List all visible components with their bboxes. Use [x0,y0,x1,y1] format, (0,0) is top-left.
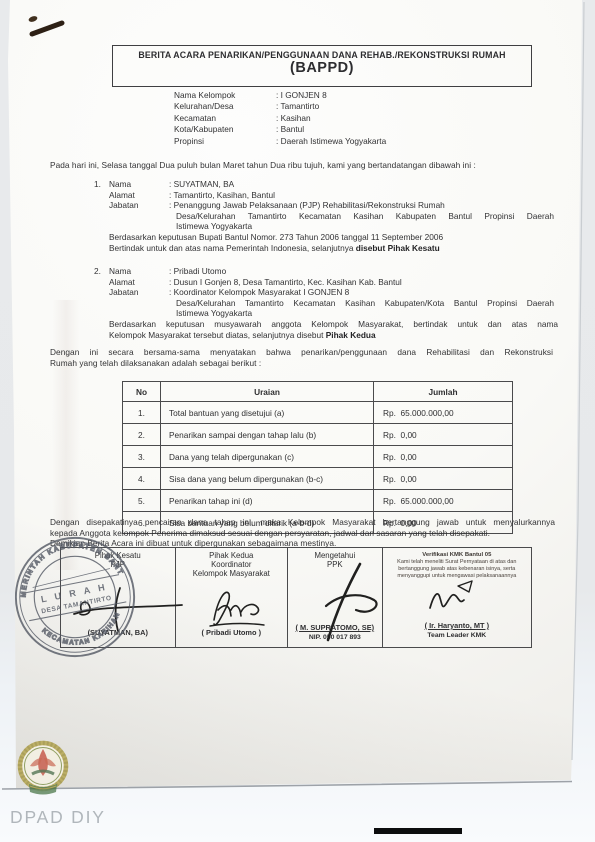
signature-header: Mengetahui [288,551,382,560]
cell-jumlah: Rp. 0,00 [374,468,513,490]
info-label: Kota/Kabupaten [174,124,276,135]
cell-uraian: Total bantuan yang disetujui (a) [161,402,374,424]
paper-sheet: BERITA ACARA PENARIKAN/PENGGUNAAN DANA R… [6,0,582,790]
field-label: Alamat [109,277,169,288]
scanned-page: BERITA ACARA PENARIKAN/PENGGUNAAN DANA R… [0,0,595,842]
title-box: BERITA ACARA PENARIKAN/PENGGUNAAN DANA R… [112,45,532,87]
signature-header: Koordinator [176,560,288,569]
party2-number: 2. [94,266,101,277]
field-label: Jabatan [109,287,169,298]
signature-header: Pihak Kedua [176,551,288,560]
yogyakarta-emblem-watermark [16,736,70,800]
field-label: Jabatan [109,200,169,211]
supratomo-signature-scrawl [320,560,390,646]
header-uraian: Uraian [161,382,374,402]
field-value: : SUYATMAN, BA [169,179,234,189]
info-value: : Tamantirto [276,101,319,112]
cell-uraian: Sisa dana yang belum dipergunakan (b-c) [161,468,374,490]
cell-uraian: Penarikan sampai dengan tahap lalu (b) [161,424,374,446]
table-row: 1.Total bantuan yang disetujui (a)Rp. 65… [123,402,513,424]
verification-statement: Kami telah meneliti Surat Pernyataan di … [383,559,531,579]
cell-no: 5. [123,490,161,512]
info-row: Kelurahan/Desa: Tamantirto [174,101,386,112]
statement-line1: Dengan ini secara bersama-sama menyataka… [50,347,553,358]
pribadi-utomo-signature-scrawl [200,584,274,632]
field-value: : Tamantirto, Kasihan, Bantul [169,190,275,200]
table-row: 5.Penarikan tahap ini (d)Rp. 65.000.000,… [123,490,513,512]
party2-section: 2. Nama: Pribadi Utomo Alamat: Dusun I G… [109,266,561,340]
party1-alamat: Alamat: Tamantirto, Kasihan, Bantul [109,190,561,201]
info-value: : Kasihan [276,113,311,124]
info-row: Propinsi: Daerah Istimewa Yogyakarta [174,136,386,147]
info-label: Propinsi [174,136,276,147]
cell-no: 2. [123,424,161,446]
party1-nama: Nama: SUYATMAN, BA [109,179,561,190]
haryanto-signature-scrawl [424,578,482,620]
party1-jabatan-cont: Desa/Kelurahan Tamantirto Kecamatan Kasi… [176,211,554,222]
party2-jabatan: Jabatan: Koordinator Kelompok Masyarakat… [109,287,561,298]
staple-mark [22,10,72,44]
cell-no: 3. [123,446,161,468]
amounts-table: No Uraian Jumlah 1.Total bantuan yang di… [122,381,513,534]
party1-section: 1. Nama: SUYATMAN, BA Alamat: Tamantirto… [109,179,561,253]
signatory-name: ( Ir. Haryanto, MT ) [383,621,531,630]
cell-jumlah: Rp. 0,00 [374,424,513,446]
party2-basis-note: Berdasarkan keputusan musyawarah anggota… [109,319,558,330]
table-row: 4.Sisa dana yang belum dipergunakan (b-c… [123,468,513,490]
closing-line1: Dengan disepakatinya pencairan dana taha… [50,517,555,528]
info-label: Kelurahan/Desa [174,101,276,112]
party1-number: 1. [94,179,101,190]
header-no: No [123,382,161,402]
party2-nama: Nama: Pribadi Utomo [109,266,561,277]
party2-alamat: Alamat: Dusun I Gonjen 8, Desa Tamantirt… [109,277,561,288]
field-label: Nama [109,266,169,277]
party1-designation-text: Bertindak untuk dan atas nama Pemerintah… [109,243,356,253]
cell-no: 1. [123,402,161,424]
party1-jabatan-cont2: Istimewa Yogyakarta [176,221,554,232]
table-row: 3.Dana yang telah dipergunakan (c)Rp. 0,… [123,446,513,468]
header-jumlah: Jumlah [374,382,513,402]
field-value: : Dusun I Gonjen 8, Desa Tamantirto, Kec… [169,277,402,287]
info-value: : Daerah Istimewa Yogyakarta [276,136,386,147]
party1-designation: Bertindak untuk dan atas nama Pemerintah… [109,243,561,254]
party2-designation: Kelompok Masyarakat tersebut diatas, sel… [109,330,561,341]
info-label: Nama Kelompok [174,90,276,101]
field-value: : Pribadi Utomo [169,266,226,276]
cell-jumlah: Rp. 65.000.000,00 [374,402,513,424]
table-header-row: No Uraian Jumlah [123,382,513,402]
field-value: : Koordinator Kelompok Masyarakat I GONJ… [169,287,349,297]
party1-designation-bold: disebut Pihak Kesatu [356,243,440,253]
cell-jumlah: Rp. 0,00 [374,446,513,468]
document-subtitle: (BAPPD) [113,60,531,76]
scanner-black-bar [374,828,462,834]
opening-paragraph: Pada hari ini, Selasa tanggal Dua puluh … [50,160,552,171]
table-row: 2.Penarikan sampai dengan tahap lalu (b)… [123,424,513,446]
cell-no: 4. [123,468,161,490]
info-label: Kecamatan [174,113,276,124]
field-value: : Penanggung Jawab Pelaksanaan (PJP) Reh… [169,200,445,210]
info-row: Nama Kelompok: I GONJEN 8 [174,90,386,101]
group-info-block: Nama Kelompok: I GONJEN 8 Kelurahan/Desa… [174,90,386,147]
cell-jumlah: Rp. 65.000.000,00 [374,490,513,512]
document-title: BERITA ACARA PENARIKAN/PENGGUNAAN DANA R… [113,50,531,60]
statement-line2: Rumah yang telah dilaksanakan adalah seb… [50,358,553,369]
party2-jabatan-cont2: Istimewa Yogyakarta [176,308,554,319]
info-row: Kecamatan: Kasihan [174,113,386,124]
party2-jabatan-cont: Desa/Kelurahan Tamantirto Kecamatan Kasi… [176,298,554,309]
info-value: : Bantul [276,124,304,135]
party2-designation-text: Kelompok Masyarakat tersebut diatas, sel… [109,330,326,340]
dpad-diy-watermark: DPAD DIY [10,807,106,828]
party2-designation-bold: Pihak Kedua [326,330,376,340]
signature-header: Kelompok Masyarakat [176,569,288,578]
signature-header: Verifikasi KMK Bantul 05 [383,552,531,559]
info-value: : I GONJEN 8 [276,90,327,101]
party1-jabatan: Jabatan: Penanggung Jawab Pelaksanaan (P… [109,200,561,211]
cell-uraian: Penarikan tahap ini (d) [161,490,374,512]
party1-basis-note: Berdasarkan keputusan Bupati Bantul Nomo… [109,232,561,243]
signatory-role: Team Leader KMK [383,632,531,639]
info-row: Kota/Kabupaten: Bantul [174,124,386,135]
field-label: Alamat [109,190,169,201]
field-label: Nama [109,179,169,190]
cell-uraian: Dana yang telah dipergunakan (c) [161,446,374,468]
